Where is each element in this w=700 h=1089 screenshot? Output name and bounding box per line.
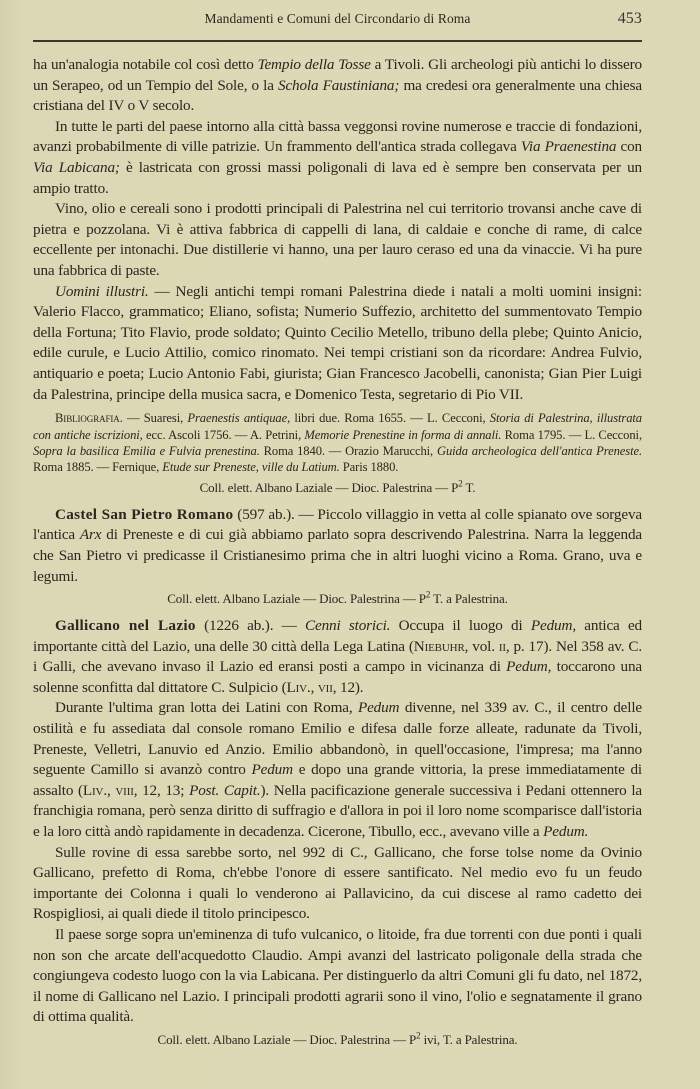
paragraph-rovine: In tutte le parti del paese intorno alla…	[33, 117, 642, 199]
running-title: Mandamenti e Comuni del Circondario di R…	[33, 11, 642, 27]
bibliography: Bibliografia. — Suaresi, Praenestis anti…	[33, 410, 642, 476]
entry-title: Gallicano nel Lazio	[55, 617, 196, 634]
bibliography-label: Bibliografia.	[55, 411, 123, 425]
header-rule	[33, 40, 642, 42]
entry-castel-san-pietro: Castel San Pietro Romano (597 ab.). — Pi…	[33, 505, 642, 587]
paragraph-paese: Il paese sorge sopra un'eminenza di tufo…	[33, 925, 642, 1028]
paragraph-prodotti: Vino, olio e cereali sono i prodotti pri…	[33, 199, 642, 281]
page-number: 453	[618, 10, 642, 28]
body-text: ha un'analogia notabile col così detto T…	[33, 55, 642, 1057]
collegio-gallicano: Coll. elett. Albano Laziale — Dioc. Pale…	[33, 1031, 642, 1049]
collegio-castel-san-pietro: Coll. elett. Albano Laziale — Dioc. Pale…	[33, 590, 642, 608]
running-head: Mandamenti e Comuni del Circondario di R…	[33, 11, 642, 31]
paragraph-tempio: ha un'analogia notabile col così detto T…	[33, 55, 642, 117]
entry-title: Castel San Pietro Romano	[55, 506, 233, 523]
entry-gallicano: Gallicano nel Lazio (1226 ab.). — Cenni …	[33, 616, 642, 698]
paragraph-rovine-gallicano: Sulle rovine di essa sarebbe sorto, nel …	[33, 843, 642, 925]
paragraph-lotta-latini: Durante l'ultima gran lotta dei Latini c…	[33, 698, 642, 842]
paragraph-uomini-illustri: Uomini illustri. — Negli antichi tempi r…	[33, 282, 642, 406]
collegio-palestrina: Coll. elett. Albano Laziale — Dioc. Pale…	[33, 479, 642, 497]
